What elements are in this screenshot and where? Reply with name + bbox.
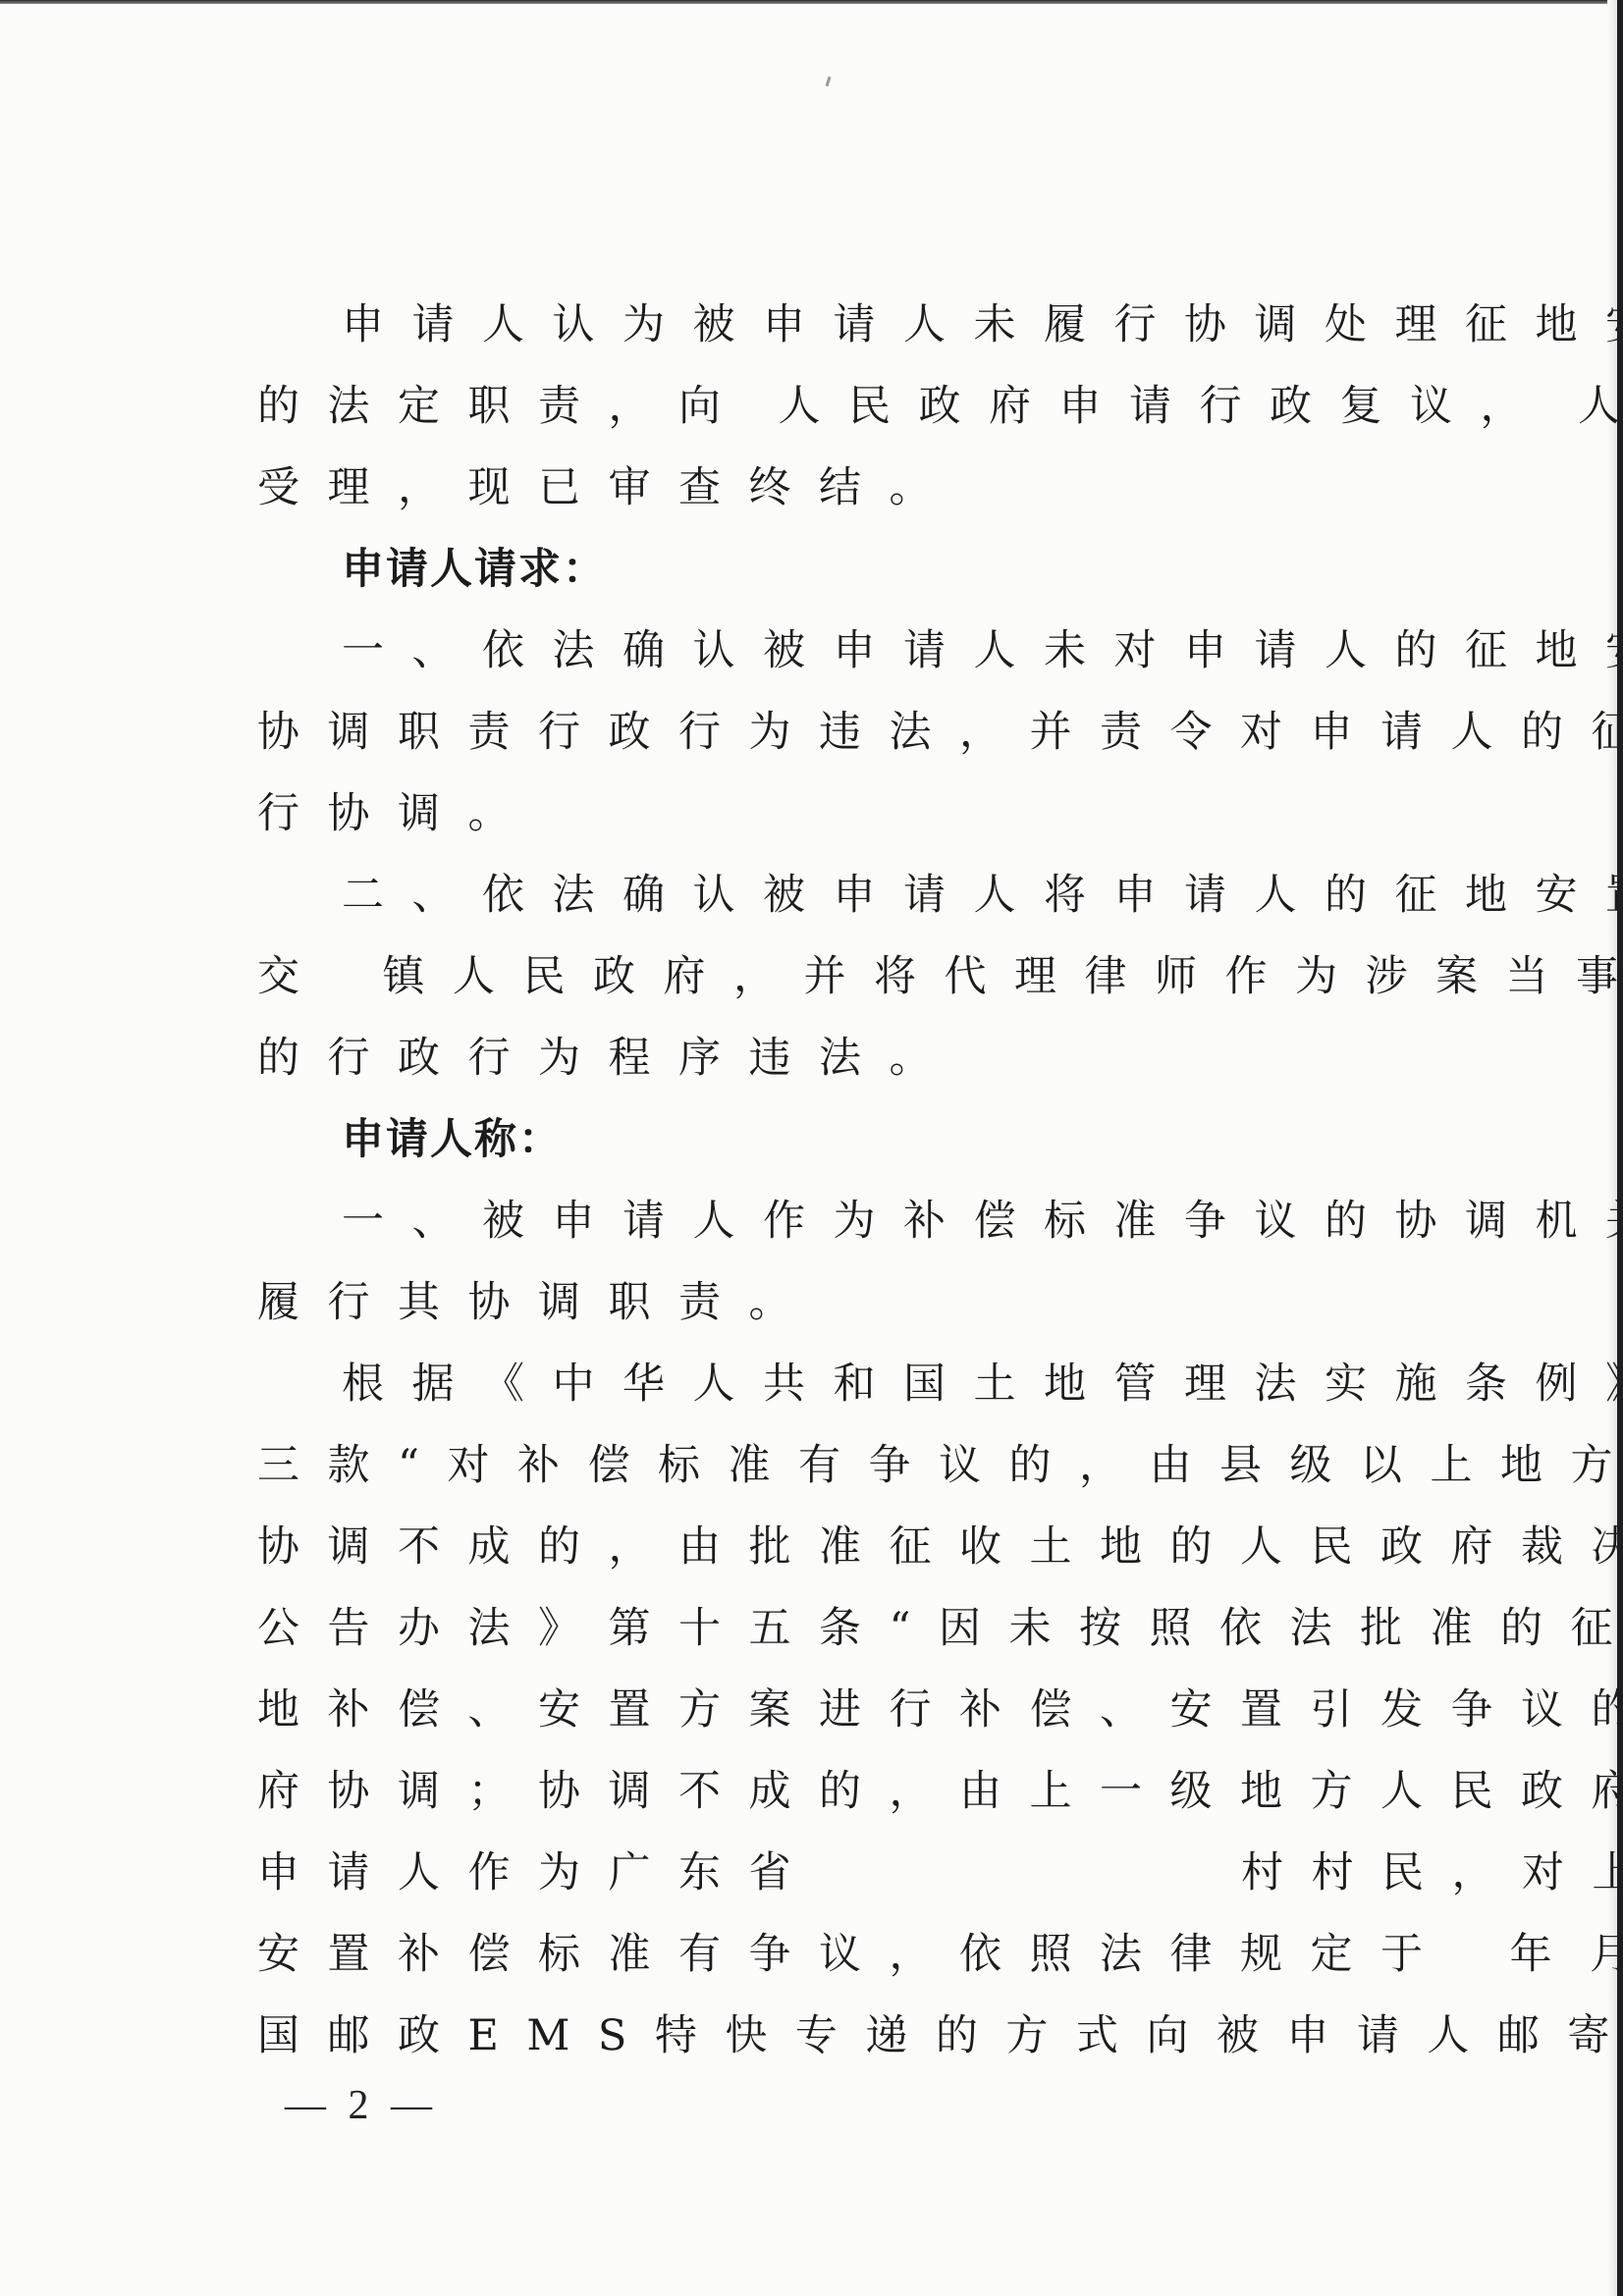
legal-basis-line-3: 协调不成的，由批准征收土地的人民政府裁决。”及《征收土地 bbox=[257, 1507, 1467, 1588]
scan-speck bbox=[826, 77, 832, 86]
request-1-line-1: 一、依法确认被申请人未对申请人的征地安置补偿争议进行 bbox=[257, 611, 1467, 692]
request-1-line-3: 行协调。 bbox=[257, 774, 1467, 855]
text-segment: 交 bbox=[257, 952, 328, 1001]
legal-basis-line-7: 申请人作为广东省村村民，对上述征地 bbox=[257, 1833, 1467, 1914]
request-2-line-2: 交镇人民政府，并将代理律师作为涉案当事人作出信访答复 bbox=[257, 936, 1467, 1018]
intro-line-1: 申请人认为被申请人未履行协调处理征地安置补偿标准争议 bbox=[257, 285, 1467, 366]
legal-basis-line-5: 地补偿、安置方案进行补偿、安置引发争议的，由市、县人民政 bbox=[257, 1670, 1467, 1751]
intro-line-2: 的法定职责，向人民政府申请行政复议，人民政府依法立案 bbox=[257, 366, 1467, 448]
legal-basis-line-8: 安置补偿标准有争议，依照法律规定于年月日通过中 bbox=[257, 1914, 1467, 1996]
text-segment: 村村民，对上述征地 bbox=[1241, 1848, 1623, 1897]
legal-basis-line-6: 府协调；协调不成的，由上一级地方人民政府裁决”之规定， bbox=[257, 1751, 1467, 1833]
legal-basis-line-9: 国邮政EMS特快专递的方式向被申请人邮寄《征地安置补偿争 bbox=[257, 1996, 1467, 2077]
legal-basis-line-4: 公告办法》第十五条“因未按照依法批准的征收土地方案和征 bbox=[257, 1588, 1467, 1670]
request-2-line-3: 的行政行为程序违法。 bbox=[257, 1018, 1467, 1099]
text-segment: 人民政府申请行政复议， bbox=[779, 382, 1551, 431]
legal-basis-line-1: 根据《中华人共和国土地管理法实施条例》第二十五条第 bbox=[257, 1344, 1467, 1425]
request-2-line-1: 二、依法确认被申请人将申请人的征地安置补偿协调申请转 bbox=[257, 855, 1467, 936]
claim-1-line-1: 一、被申请人作为补偿标准争议的协调机关，未按法律规定 bbox=[257, 1181, 1467, 1262]
text-segment: 人民政府依法立案 bbox=[1578, 382, 1623, 431]
text-segment: 申请人作为广东省 bbox=[257, 1848, 819, 1897]
text-segment: 镇人民政府，并将代理律师作为涉案当事人作出信访答复 bbox=[383, 952, 1623, 1001]
intro-line-3: 受理，现已审查终结。 bbox=[257, 448, 1467, 529]
claim-1-line-2: 履行其协调职责。 bbox=[257, 1262, 1467, 1344]
section-heading-claims: 申请人称： bbox=[257, 1099, 1467, 1181]
request-1-line-2: 协调职责行政行为违法，并责令对申请人的征地安置补偿争议进 bbox=[257, 692, 1467, 774]
text-segment: 的法定职责，向 bbox=[257, 382, 749, 431]
scan-top-border bbox=[0, 0, 1610, 4]
document-body: 申请人认为被申请人未履行协调处理征地安置补偿标准争议 的法定职责，向人民政府申请… bbox=[257, 285, 1467, 2077]
text-segment: 年 bbox=[1510, 1930, 1581, 1979]
section-heading-requests: 申请人请求： bbox=[257, 529, 1467, 611]
page-number: — 2 — bbox=[285, 2082, 438, 2129]
legal-basis-line-2: 三款“对补偿标准有争议的，由县级以上地方人民政府协调； bbox=[257, 1425, 1467, 1507]
text-segment: 安置补偿标准有争议，依照法律规定于 bbox=[257, 1930, 1451, 1979]
text-segment: 月 bbox=[1590, 1930, 1623, 1979]
